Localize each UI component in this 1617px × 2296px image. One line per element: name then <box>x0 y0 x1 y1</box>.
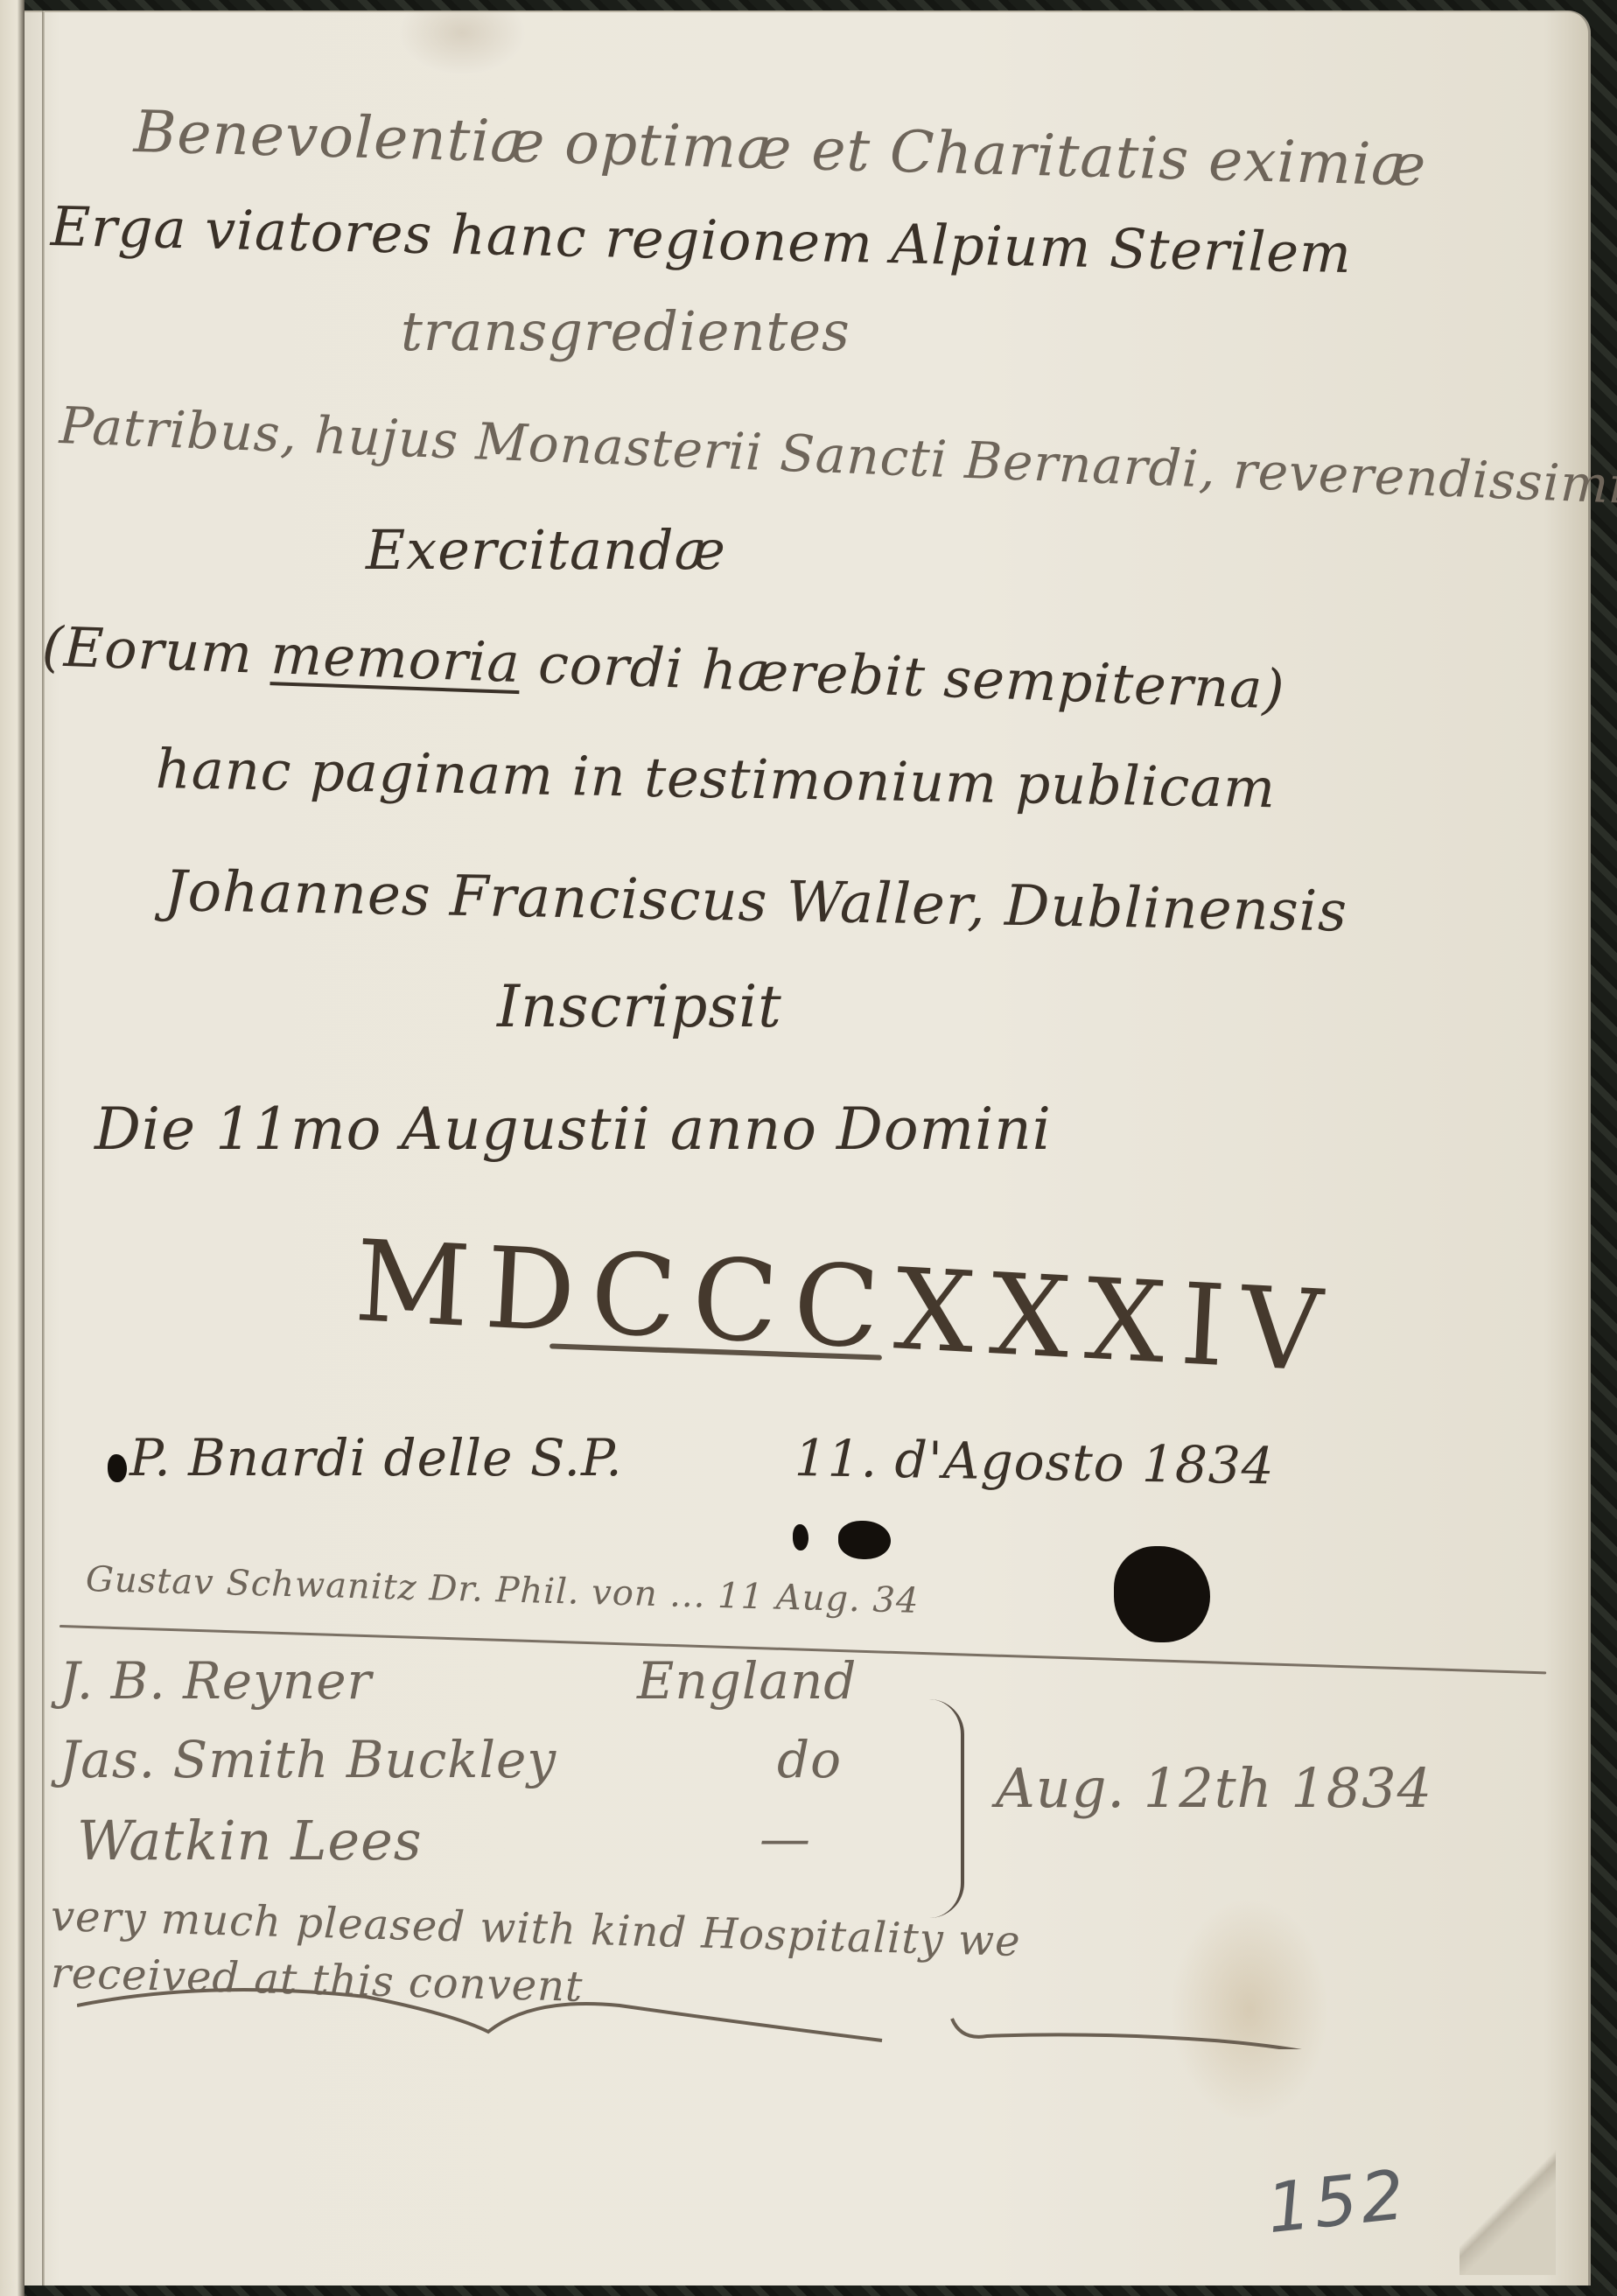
dedication-line-7: hanc paginam in testimonium publicam <box>155 737 1276 820</box>
dedication-line-1: Benevolentiæ optimæ et Charitatis eximiæ <box>133 98 1427 199</box>
entry-3-date: Aug. 12th 1834 <box>996 1756 1432 1820</box>
entry-1-name: P. Bnardi delle S.P. <box>129 1428 623 1487</box>
entry-1-date: 11. d'Agosto 1834 <box>794 1428 1275 1496</box>
date-line: Die 11mo Augustii anno Domini <box>94 1095 1052 1163</box>
dedication-line-6: (Eorum memoria cordi hærebit sempiterna) <box>41 614 1286 722</box>
year-roman-numeral: MDCCCXXXIV <box>352 1216 1340 1398</box>
manuscript-page: Benevolentiæ optimæ et Charitatis eximiæ… <box>24 10 1591 2285</box>
dedication-line-4: Patribus, hujus Monasterii Sancti Bernar… <box>59 395 1617 516</box>
dedication-line-5: Exercitandæ <box>366 518 726 582</box>
dedication-line-3: transgredientes <box>401 299 850 363</box>
underlined-word: memoria <box>269 622 521 695</box>
entry-2-text: Gustav Schwanitz Dr. Phil. von ... 11 Au… <box>85 1559 920 1621</box>
ink-blot-medium <box>838 1521 891 1559</box>
gutter-fold <box>42 10 45 2285</box>
folded-corner <box>1459 2144 1556 2275</box>
entry-3-name-1: J. B. Reyner <box>59 1651 372 1711</box>
ink-blot-small <box>793 1524 808 1550</box>
closing-flourish <box>77 1979 1494 2049</box>
ink-blot-large <box>1114 1546 1210 1642</box>
inscripsit-line: Inscripsit <box>497 973 782 1040</box>
entry-3-place-2: do <box>777 1730 842 1789</box>
grouping-brace <box>926 1699 964 1918</box>
entry-3-place-3: — <box>759 1809 811 1868</box>
entry-3-name-3: Watkin Lees <box>77 1809 423 1872</box>
previous-page-edge <box>0 0 24 2296</box>
ink-dot <box>108 1454 127 1482</box>
author-name: Johannes Franciscus Waller, Dublinensis <box>164 859 1347 945</box>
entry-3-name-2: Jas. Smith Buckley <box>59 1730 556 1789</box>
dedication-line-2: Erga viatores hanc regionem Alpium Steri… <box>50 194 1352 285</box>
entry-3-place-1: England <box>637 1651 857 1711</box>
dedication-line-6-text: (Eorum memoria cordi hærebit sempiterna) <box>41 614 1286 722</box>
folio-number: 152 <box>1263 2156 1411 2249</box>
